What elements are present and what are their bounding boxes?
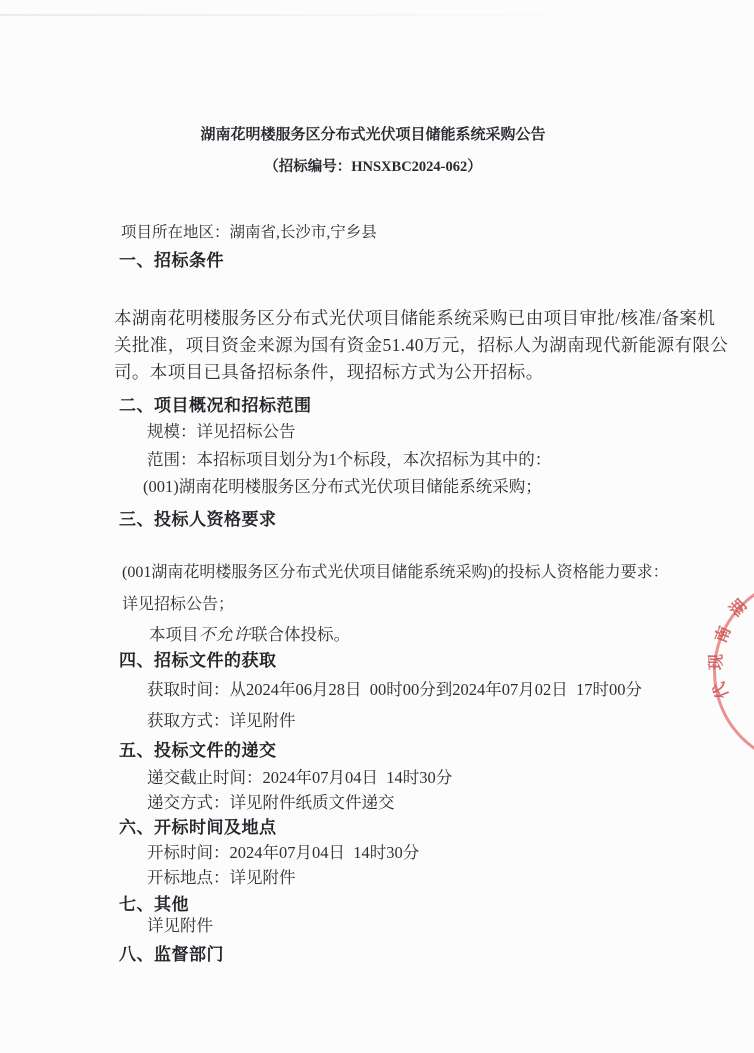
section3-requirement-detail: 详见招标公告； — [122, 594, 234, 616]
section4-obtain-method: 获取方式：详见附件 — [147, 710, 296, 732]
jv-suffix: 联合体投标。 — [251, 625, 350, 644]
tender-number: （招标编号：HNSXBC2024-062） — [0, 156, 746, 178]
section7-detail: 详见附件 — [147, 915, 213, 937]
section2-lot: (001)湖南花明楼服务区分布式光伏项目储能系统采购； — [143, 476, 542, 498]
section2-scope: 范围：本招标项目划分为1个标段，本次招标为其中的： — [147, 449, 551, 471]
section5-heading: 五、投标文件的递交 — [119, 740, 277, 762]
section1-body-line2: 关批准，项目资金来源为国有资金51.40万元，招标人为湖南现代新能源有限公 — [114, 334, 728, 356]
section3-heading: 三、投标人资格要求 — [119, 509, 277, 531]
scan-artifact-line — [0, 14, 600, 16]
section7-heading: 七、其他 — [119, 894, 189, 916]
doc-title: 湖南花明楼服务区分布式光伏项目储能系统采购公告 — [0, 124, 746, 146]
scanned-document-page: 湖南花明楼服务区分布式光伏项目储能系统采购公告 （招标编号：HNSXBC2024… — [0, 0, 754, 1053]
section3-requirement: (001湖南花明楼服务区分布式光伏项目储能系统采购)的投标人资格能力要求： — [122, 562, 669, 584]
project-location: 项目所在地区：湖南省,长沙市,宁乡县 — [121, 222, 377, 244]
section2-heading: 二、项目概况和招标范围 — [119, 395, 312, 417]
section3-joint-venture-line: 本项目不允许联合体投标。 — [149, 624, 350, 646]
section2-scale: 规模：详见招标公告 — [147, 421, 296, 443]
seal-character: 现 — [709, 654, 725, 670]
section8-heading: 八、监督部门 — [119, 944, 224, 966]
section6-open-place: 开标地点：详见附件 — [147, 867, 296, 889]
section5-deadline: 递交截止时间：2024年07月04日 14时30分 — [147, 767, 452, 789]
section5-method: 递交方式：详见附件纸质文件递交 — [147, 792, 395, 814]
section1-body-line3: 司。本项目已具备招标条件，现招标方式为公开招标。 — [114, 361, 544, 383]
jv-prefix: 本项目 — [149, 625, 199, 644]
section6-open-time: 开标时间：2024年07月04日 14时30分 — [147, 842, 419, 864]
section1-heading: 一、招标条件 — [119, 250, 224, 272]
section6-heading: 六、开标时间及地点 — [119, 817, 277, 839]
section4-heading: 四、招标文件的获取 — [119, 650, 277, 672]
section4-obtain-time: 获取时间：从2024年06月28日 00时00分到2024年07月02日 17时… — [147, 679, 642, 701]
section1-body-line1: 本湖南花明楼服务区分布式光伏项目储能系统采购已由项目审批/核准/备案机 — [114, 307, 715, 329]
jv-emphasis: 不允许 — [199, 625, 252, 644]
